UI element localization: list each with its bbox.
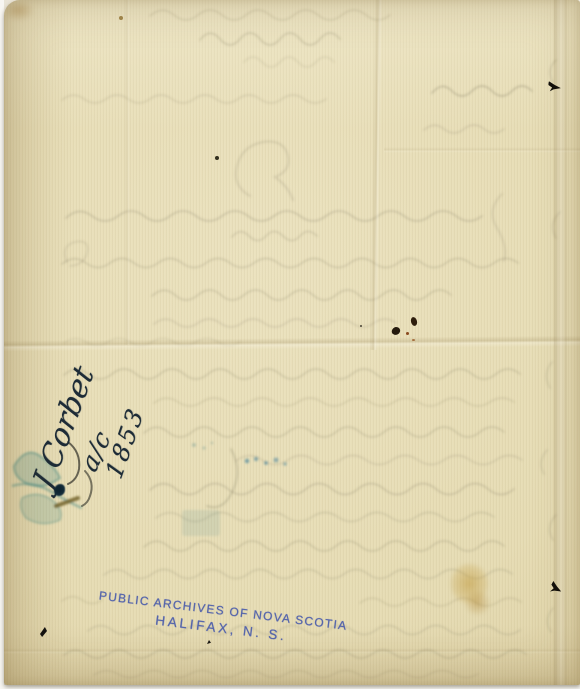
- scanned-document: J Corbet a/c 1853 PUBLIC ARCHIVES OF NOV…: [0, 0, 580, 689]
- ink-speck: [119, 16, 123, 20]
- fold-crease-right-short: [384, 147, 580, 153]
- fold-crease-bottom: [4, 648, 580, 654]
- fold-crease-vertical-right: [554, 0, 567, 685]
- fold-crease-vertical-left: [124, 0, 130, 345]
- ink-speck: [406, 332, 409, 335]
- ink-speck: [215, 156, 219, 160]
- ink-speck: [412, 339, 415, 341]
- handwritten-notation: J Corbet a/c 1853: [30, 352, 200, 557]
- paper-sheet: J Corbet a/c 1853 PUBLIC ARCHIVES OF NOV…: [4, 0, 580, 685]
- ink-speck: [360, 325, 362, 327]
